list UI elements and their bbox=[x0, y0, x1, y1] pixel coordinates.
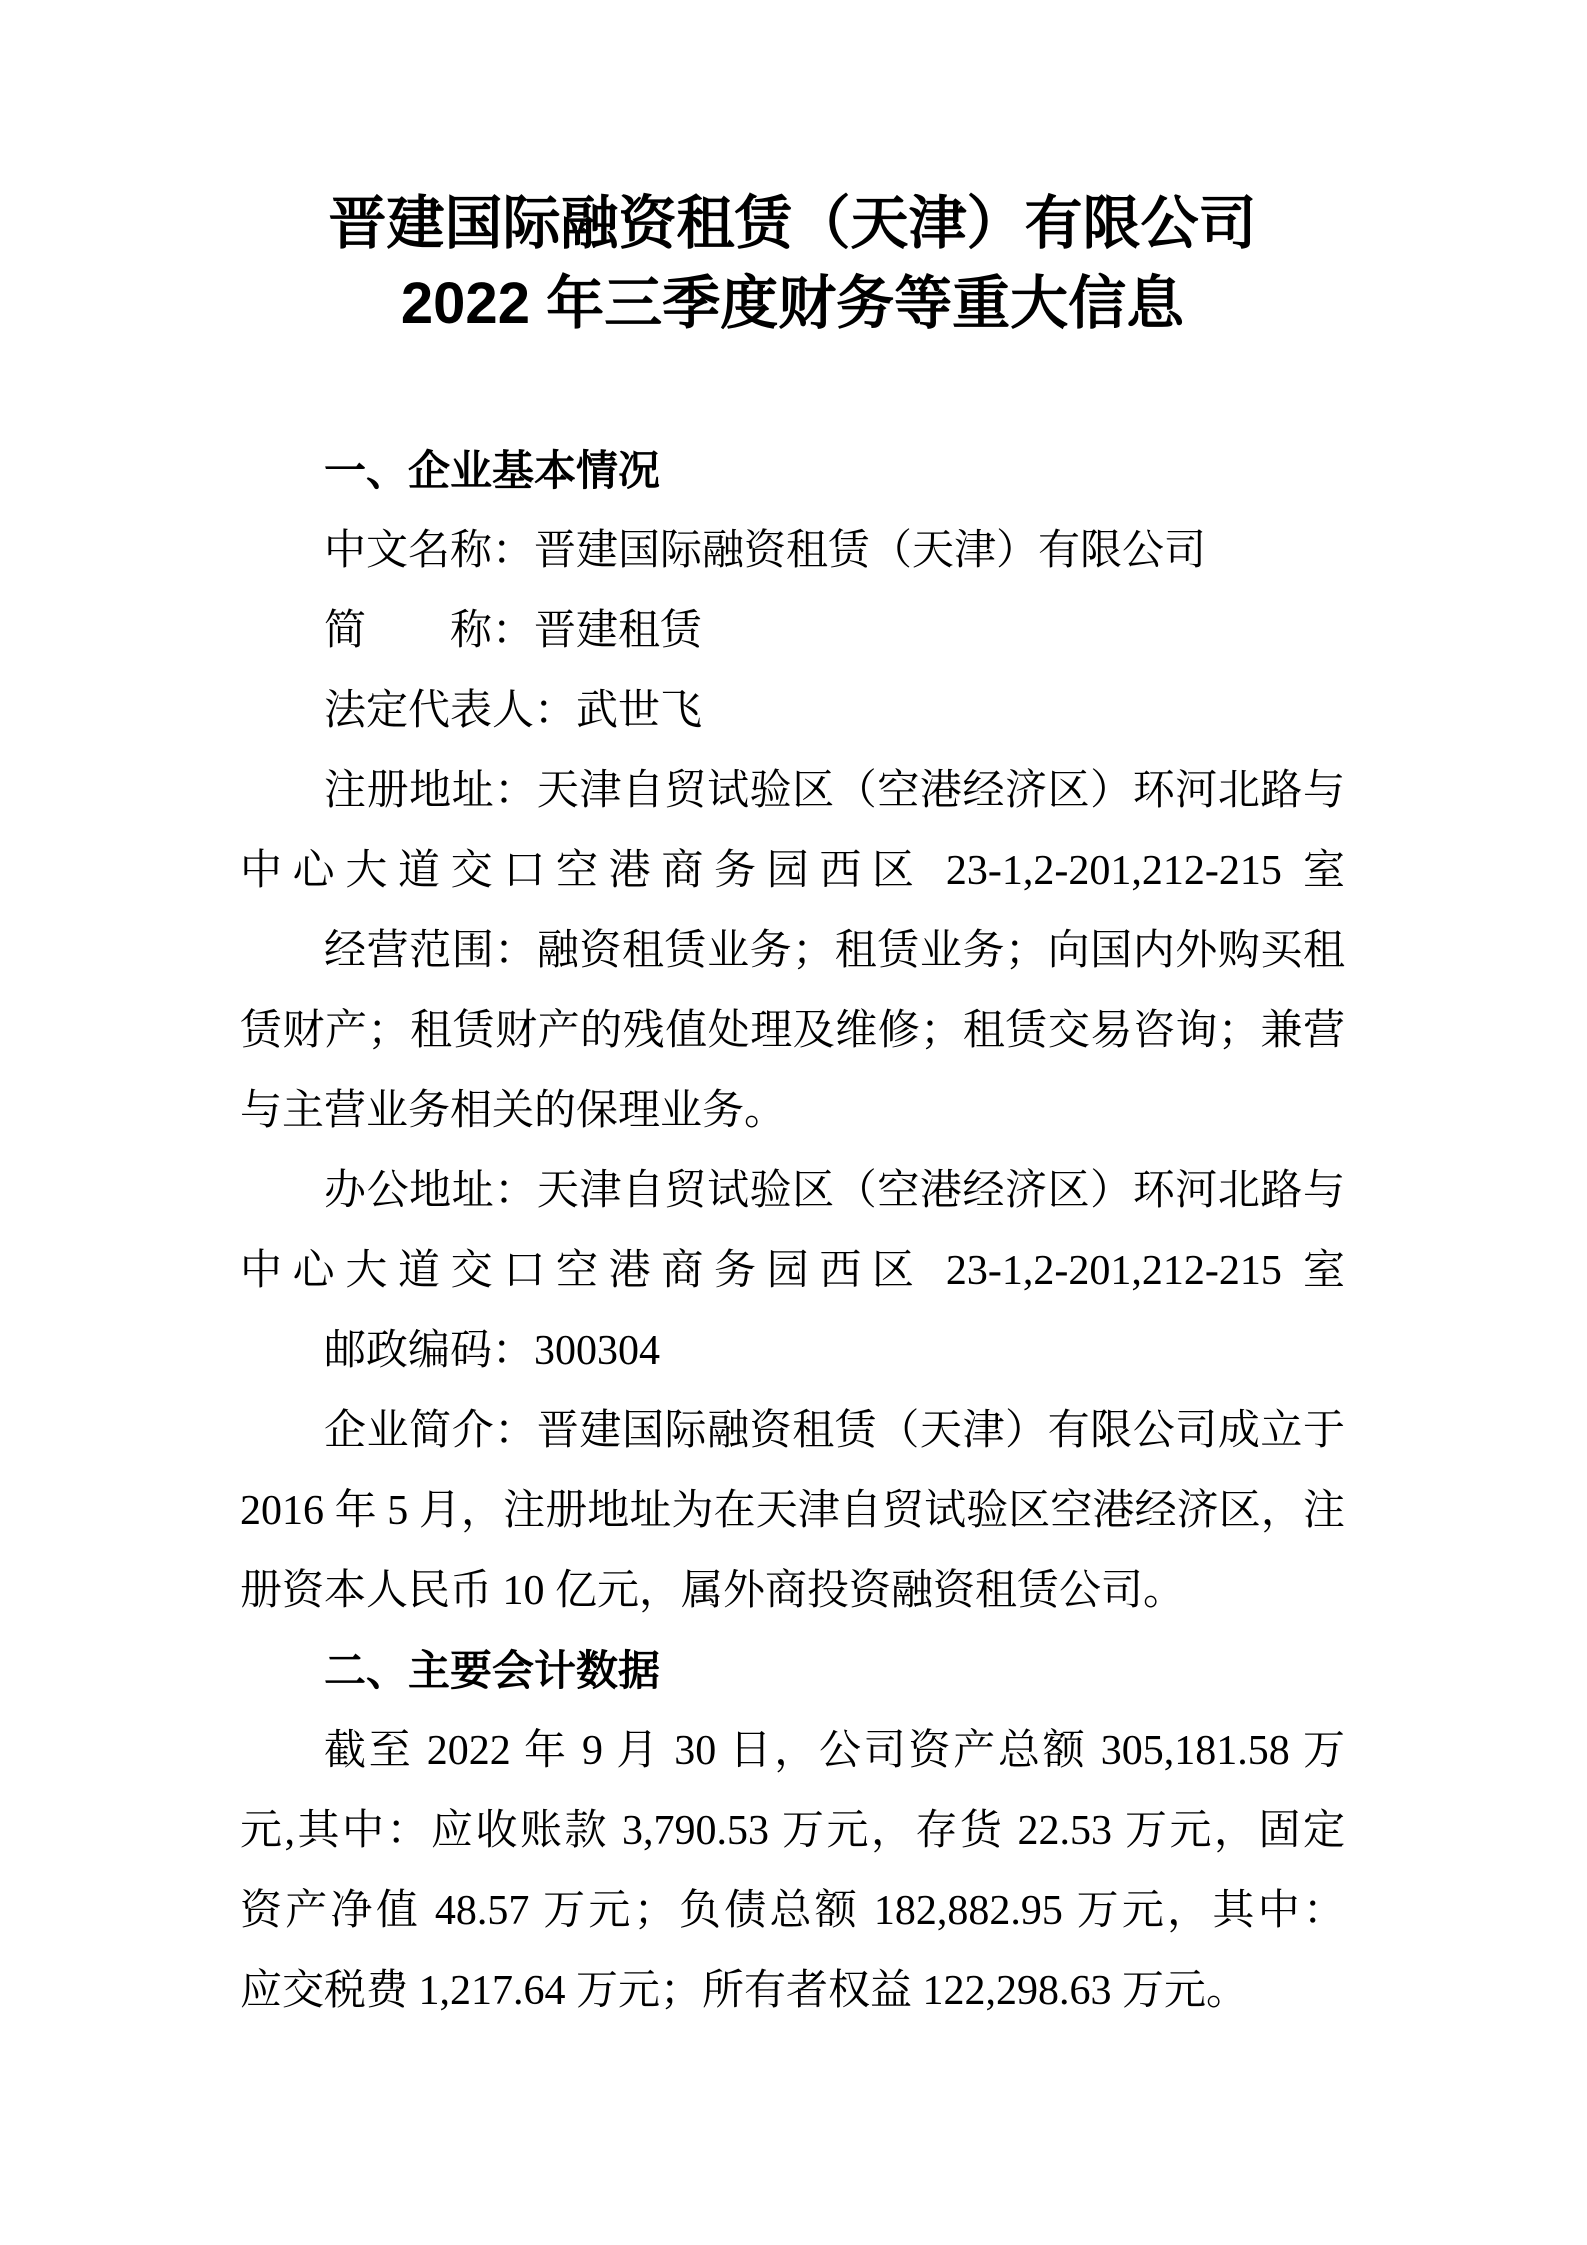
text-line: 注册地址：天津自贸试验区（空港经济区）环河北路与 bbox=[240, 751, 1345, 831]
text-line: 简 称：晋建租赁 bbox=[240, 591, 1345, 671]
paragraph: 中文名称：晋建国际融资租赁（天津）有限公司 bbox=[240, 511, 1345, 591]
text-line: 邮政编码：300304 bbox=[240, 1311, 1345, 1391]
text-line: 应交税费 1,217.64 万元；所有者权益 122,298.63 万元。 bbox=[240, 1951, 1345, 2031]
text-line: 截至 2022 年 9 月 30 日，公司资产总额 305,181.58 万 bbox=[240, 1711, 1345, 1791]
text-line: 中心大道交口空港商务园西区 23-1,2-201,212-215 室 bbox=[240, 1231, 1345, 1311]
text-line: 经营范围：融资租赁业务；租赁业务；向国内外购买租 bbox=[240, 911, 1345, 991]
paragraph: 经营范围：融资租赁业务；租赁业务；向国内外购买租赁财产；租赁财产的残值处理及维修… bbox=[240, 911, 1345, 1151]
text-line: 赁财产；租赁财产的残值处理及维修；租赁交易咨询；兼营 bbox=[240, 991, 1345, 1071]
page-title: 晋建国际融资租赁（天津）有限公司 2022 年三季度财务等重大信息 bbox=[240, 184, 1345, 344]
text-line: 中心大道交口空港商务园西区 23-1,2-201,212-215 室 bbox=[240, 831, 1345, 911]
title-line-2: 2022 年三季度财务等重大信息 bbox=[240, 264, 1345, 344]
paragraph: 法定代表人：武世飞 bbox=[240, 671, 1345, 751]
paragraph: 注册地址：天津自贸试验区（空港经济区）环河北路与中心大道交口空港商务园西区 23… bbox=[240, 751, 1345, 911]
section: 一、企业基本情况中文名称：晋建国际融资租赁（天津）有限公司简 称：晋建租赁法定代… bbox=[240, 431, 1345, 1631]
paragraph: 企业简介：晋建国际融资租赁（天津）有限公司成立于2016 年 5 月，注册地址为… bbox=[240, 1391, 1345, 1631]
title-line-1: 晋建国际融资租赁（天津）有限公司 bbox=[240, 184, 1345, 264]
text-line: 企业简介：晋建国际融资租赁（天津）有限公司成立于 bbox=[240, 1391, 1345, 1471]
text-line: 元,其中：应收账款 3,790.53 万元，存货 22.53 万元，固定 bbox=[240, 1791, 1345, 1871]
text-line: 办公地址：天津自贸试验区（空港经济区）环河北路与 bbox=[240, 1151, 1345, 1231]
section-heading: 二、主要会计数据 bbox=[240, 1631, 1345, 1711]
text-line: 册资本人民币 10 亿元，属外商投资融资租赁公司。 bbox=[240, 1551, 1345, 1631]
document-page: 晋建国际融资租赁（天津）有限公司 2022 年三季度财务等重大信息 一、企业基本… bbox=[0, 0, 1587, 2245]
document-body: 一、企业基本情况中文名称：晋建国际融资租赁（天津）有限公司简 称：晋建租赁法定代… bbox=[240, 431, 1345, 2031]
text-line: 法定代表人：武世飞 bbox=[240, 671, 1345, 751]
paragraph: 办公地址：天津自贸试验区（空港经济区）环河北路与中心大道交口空港商务园西区 23… bbox=[240, 1151, 1345, 1311]
text-line: 2016 年 5 月，注册地址为在天津自贸试验区空港经济区，注 bbox=[240, 1471, 1345, 1551]
paragraph: 邮政编码：300304 bbox=[240, 1311, 1345, 1391]
section: 二、主要会计数据截至 2022 年 9 月 30 日，公司资产总额 305,18… bbox=[240, 1631, 1345, 2031]
section-heading: 一、企业基本情况 bbox=[240, 431, 1345, 511]
paragraph: 简 称：晋建租赁 bbox=[240, 591, 1345, 671]
text-line: 资产净值 48.57 万元；负债总额 182,882.95 万元，其中： bbox=[240, 1871, 1345, 1951]
document-content: 晋建国际融资租赁（天津）有限公司 2022 年三季度财务等重大信息 一、企业基本… bbox=[240, 184, 1345, 2031]
paragraph: 截至 2022 年 9 月 30 日，公司资产总额 305,181.58 万元,… bbox=[240, 1711, 1345, 2031]
text-line: 中文名称：晋建国际融资租赁（天津）有限公司 bbox=[240, 511, 1345, 591]
text-line: 与主营业务相关的保理业务。 bbox=[240, 1071, 1345, 1151]
